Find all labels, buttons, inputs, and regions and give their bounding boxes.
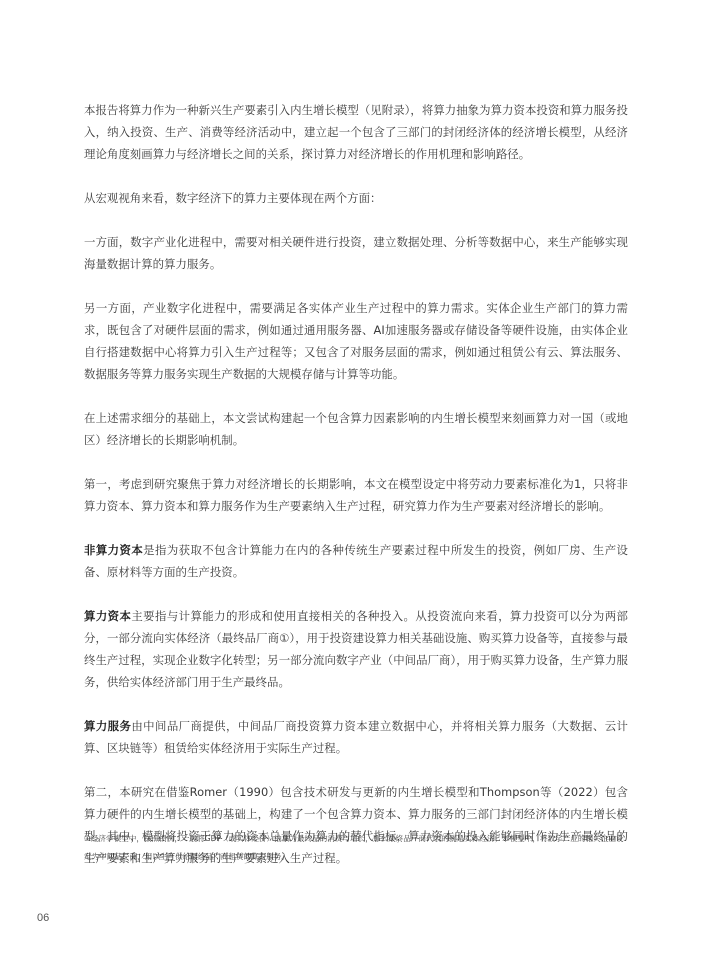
paragraph-non-compute-capital: 非算力资本是指为获取不包含计算能力在内的各种传统生产要素过程中所发生的投资，例如…	[84, 539, 628, 583]
definition-text: 由中间品厂商提供，中间品厂商投资算力资本建立数据中心，并将相关算力服务（大数据、…	[84, 719, 628, 755]
definition-text: 主要指与计算能力的形成和使用直接相关的各种投入。从投资流向来看，算力投资可以分为…	[84, 609, 628, 689]
term-compute-services: 算力服务	[84, 719, 131, 733]
paragraph-spacer	[84, 693, 628, 715]
definition-text: 是指为获取不包含计算能力在内的各种传统生产要素过程中所发生的投资，例如厂房、生产…	[84, 543, 628, 579]
paragraph-spacer	[84, 275, 628, 297]
document-page: 本报告将算力作为一种新兴生产要素引入内生增长模型（见附录），将算力抽象为算力资本…	[0, 0, 710, 963]
paragraph-spacer	[84, 517, 628, 539]
paragraph-compute-capital: 算力资本主要指与计算能力的形成和使用直接相关的各种投入。从投资流向来看，算力投资…	[84, 605, 628, 693]
paragraph-compute-services: 算力服务由中间品厂商提供，中间品厂商投资算力资本建立数据中心，并将相关算力服务（…	[84, 715, 628, 759]
paragraph-spacer	[84, 385, 628, 407]
page-number: 06	[37, 912, 49, 924]
paragraph-spacer	[84, 209, 628, 231]
paragraph-aspect-two: 另一方面，产业数字化进程中，需要满足各实体产业生产过程中的算力需求。实体企业生产…	[84, 297, 628, 385]
paragraph-macro-view: 从宏观视角来看，数字经济下的算力主要体现在两个方面：	[84, 187, 628, 209]
footnote: ①经济学模型中，按照惯例，一般将GDP（或实体经济）抽象为最终品的消费与增长，那…	[84, 830, 628, 866]
paragraph-model-basis: 在上述需求细分的基础上，本文尝试构建起一个包含算力因素影响的内生增长模型来刻画算…	[84, 407, 628, 451]
paragraph-spacer	[84, 165, 628, 187]
paragraph-spacer	[84, 583, 628, 605]
paragraph-first-point: 第一，考虑到研究聚焦于算力对经济增长的长期影响，本文在模型设定中将劳动力要素标准…	[84, 473, 628, 517]
paragraph-aspect-one: 一方面，数字产业化进程中，需要对相关硬件进行投资，建立数据处理、分析等数据中心，…	[84, 231, 628, 275]
paragraph-intro: 本报告将算力作为一种新兴生产要素引入内生增长模型（见附录），将算力抽象为算力资本…	[84, 99, 628, 165]
term-compute-capital: 算力资本	[84, 609, 131, 623]
paragraph-spacer	[84, 759, 628, 781]
body-content: 本报告将算力作为一种新兴生产要素引入内生增长模型（见附录），将算力抽象为算力资本…	[84, 99, 628, 869]
term-non-compute-capital: 非算力资本	[84, 543, 143, 557]
paragraph-spacer	[84, 451, 628, 473]
